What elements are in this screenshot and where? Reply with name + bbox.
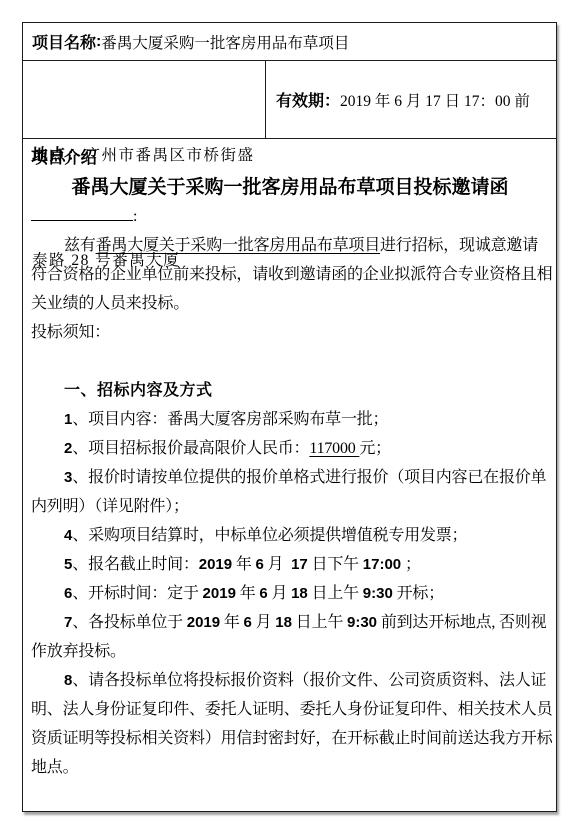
body-line: 地点。 [31,753,549,782]
numeric-text: 9:30 [347,614,377,631]
numeric-text: 2 [64,440,72,457]
numeric-text: 18 [291,585,308,602]
location-validity-row: 地点：广州市番禺区市桥街盛 泰路 28 号番禺大厦 有效期：2019 年 6 月… [23,61,556,139]
numeric-text: 6 [64,585,72,602]
numeric-text: 7 [64,614,72,631]
body-line: 7、各投标单位于 2019 年 6 月 18 日上午 9:30 前到达开标地点,… [31,608,549,637]
numeric-text: 2019 [203,585,236,602]
invitation-title: 番禺大厦关于采购一批客房用品布草项目投标邀请函 [31,173,549,202]
body-line: 3、报价时请按单位提供的报价单格式进行报价（项目内容已在报价单 [31,463,549,492]
numeric-text: 5 [64,556,72,573]
validity-cell: 有效期：2019 年 6 月 17 日 17：00 前 [266,61,556,138]
text-segment: 兹有 [64,237,96,254]
body-line: 8、请各投标单位将投标报价资料（报价文件、公司资质资料、法人证 [31,666,549,695]
body-line: 5、报名截止时间：2019 年 6 月 17 日下午 17:00 ； [31,550,549,579]
text-segment: 2、项目招标报价最高限价人民币： [64,440,309,457]
signature-blank: : [31,202,549,231]
underlined-text: 117000 [309,440,359,457]
body-line: 符合资格的企业单位前来投标，请收到邀请函的企业拟派符合专业资格且相 [31,260,549,289]
numeric-text: 6 [256,556,264,573]
body-line: 2、项目招标报价最高限价人民币：117000 元； [31,434,549,463]
body-line: 明、法人身份证复印件、委托人证明、委托人身份证复印件、相关技术人员 [31,695,549,724]
text-segment: 元； [359,440,391,457]
location-cell: 地点：广州市番禺区市桥街盛 泰路 28 号番禺大厦 [23,61,266,138]
text-segment: 进行招标，现诚意邀请 [380,237,538,254]
location-value-part1: 广州市番禺区市桥街盛 [85,147,255,164]
project-name-row: 项目名称:番禺大厦采购一批客房用品布草项目 [23,23,556,61]
numeric-text: 9:30 [363,585,393,602]
numeric-text: 6 [259,585,267,602]
validity-label: 有效期： [276,88,340,111]
body-line: 兹有番禺大厦关于采购一批客房用品布草项目进行招标，现诚意邀请 [31,231,549,260]
tender-notice-table: 项目名称:番禺大厦采购一批客房用品布草项目 地点：广州市番禺区市桥街盛 泰路 2… [22,22,557,812]
body-line: 关业绩的人员来投标。 [31,289,549,318]
project-intro-lines: 项目介绍番禺大厦关于采购一批客房用品布草项目投标邀请函:兹有番禺大厦关于采购一批… [31,144,549,782]
body-line: 6、开标时间：定于 2019 年 6 月 18 日上午 9:30 开标； [31,579,549,608]
body-line: 资质证明等投标相关资料）用信封密封好，在开标截止时间前送达我方开标 [31,724,549,753]
body-line: 作放弃投标。 [31,637,549,666]
numeric-text: 17 [291,556,308,573]
underlined-text: 番禺大厦关于采购一批客房用品布草项目 [96,237,380,254]
document-page: 项目名称:番禺大厦采购一批客房用品布草项目 地点：广州市番禺区市桥街盛 泰路 2… [0,0,579,837]
body-line: 4、采购项目结算时，中标单位必须提供增值税专用发票； [31,521,549,550]
validity-value: 2019 年 6 月 17 日 17：00 前 [340,89,530,111]
numeric-text: 17:00 [363,556,401,573]
project-intro-cell: 项目介绍番禺大厦关于采购一批客房用品布草项目投标邀请函:兹有番禺大厦关于采购一批… [23,139,556,782]
numeric-text: 2019 [199,556,232,573]
body-line: 1、项目内容：番禺大厦客房部采购布草一批； [31,405,549,434]
numeric-text: 4 [64,527,72,544]
numeric-text: 18 [275,614,292,631]
blank-line [31,347,549,376]
numeric-text: 2019 [187,614,220,631]
body-line: 一、招标内容及方式 [31,376,549,405]
blank-underline [31,203,133,221]
project-name-value: 番禺大厦采购一批客房用品布草项目 [101,31,349,53]
numeric-text: 3 [64,469,72,486]
numeric-text: 6 [244,614,252,631]
numeric-text: 1 [64,411,72,428]
project-name-label: 项目名称 [32,30,96,53]
numeric-text: 8 [64,672,72,689]
body-line: 内列明）（详见附件）； [31,492,549,521]
body-line: 投标须知： [31,318,549,347]
